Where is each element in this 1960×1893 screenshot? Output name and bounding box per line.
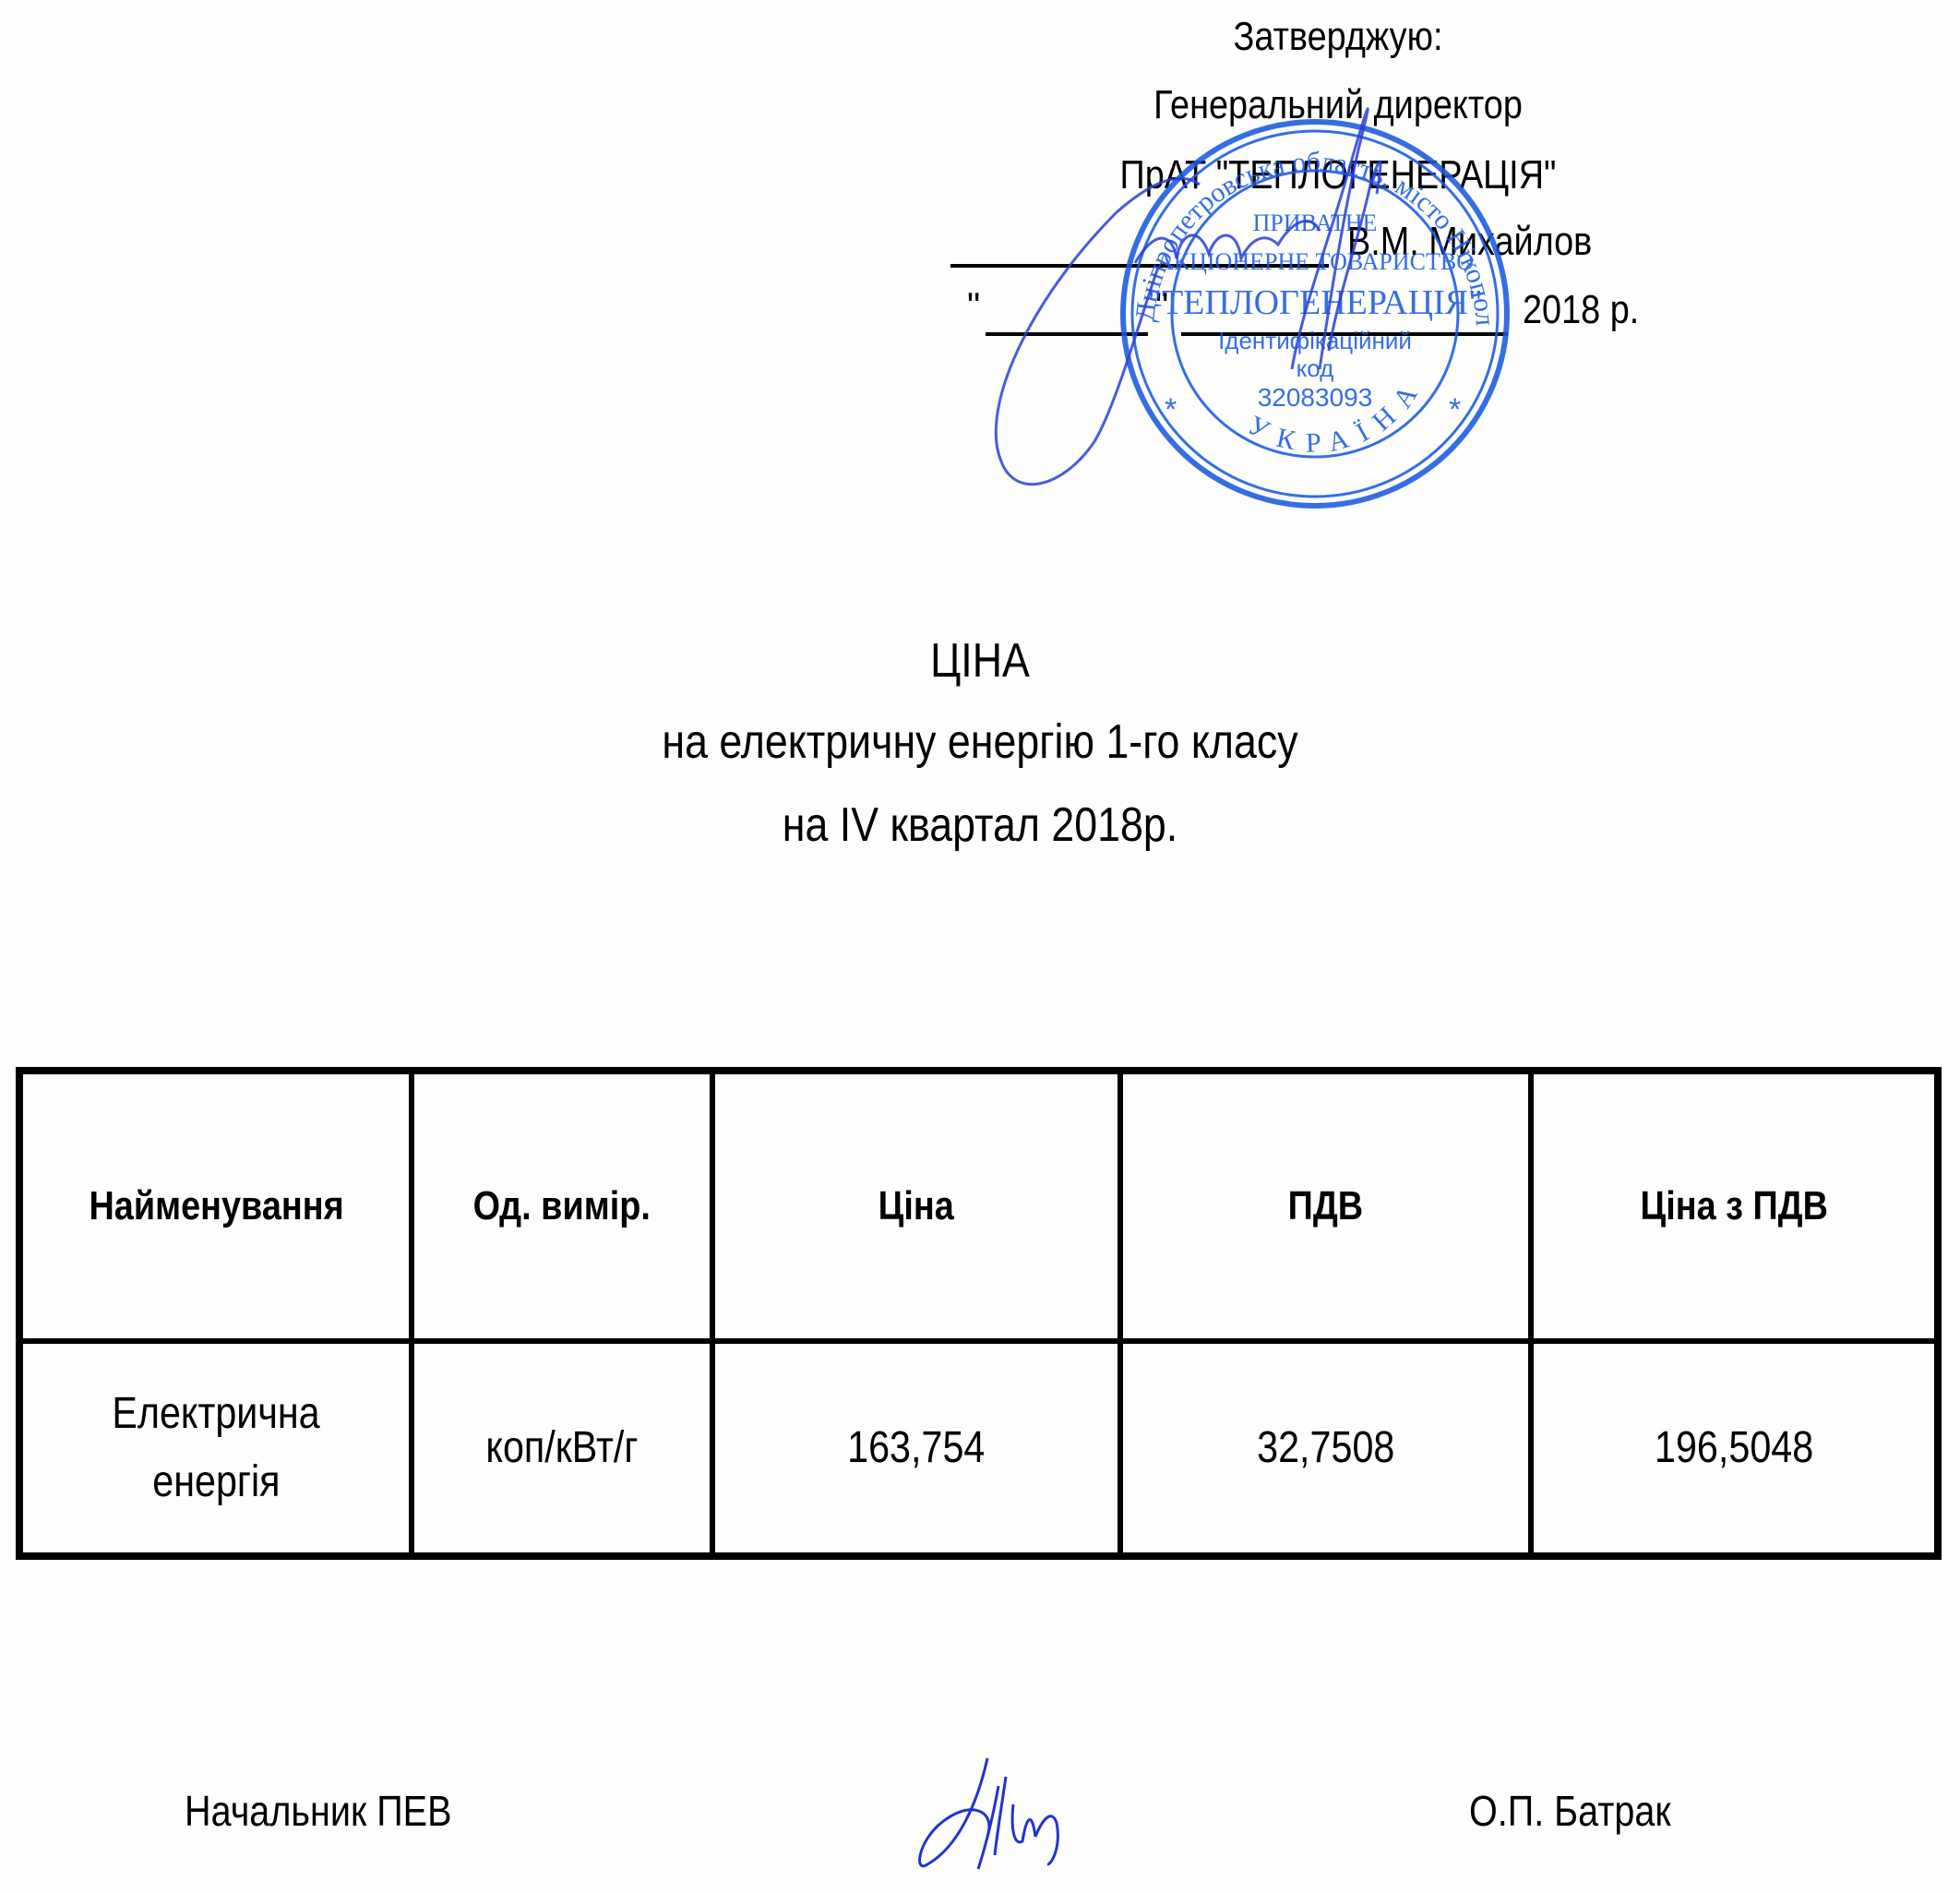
- price-table: Найменування Од. вимір. Ціна ПДВ Ціна з …: [16, 1067, 1942, 1560]
- header-vat: ПДВ: [1120, 1071, 1531, 1341]
- stamp-line5: код: [1297, 354, 1334, 382]
- cell-price: 163,754: [712, 1341, 1120, 1556]
- cell-name: Електрична енергія: [19, 1341, 412, 1556]
- footer-role: Начальник ПЕВ: [185, 1786, 496, 1836]
- date-open-quote: ": [967, 286, 980, 328]
- table-header-row: Найменування Од. вимір. Ціна ПДВ Ціна з …: [19, 1071, 1938, 1341]
- cell-vat: 32,7508: [1120, 1341, 1531, 1556]
- title-line3: на IV квартал 2018р.: [137, 801, 1823, 849]
- header-unit: Од. вимір.: [412, 1071, 712, 1341]
- date-day-line: [986, 332, 1148, 336]
- stamp-line4: Ідентифікаційний: [1218, 327, 1412, 354]
- cell-unit: коп/кВт/г: [412, 1341, 712, 1556]
- approval-role: Генеральний директор: [981, 85, 1695, 126]
- star-icon: *: [1165, 392, 1177, 427]
- approval-signatory: В.М. Михайлов: [1347, 222, 1592, 262]
- chief-signature: [0, 0, 1960, 1893]
- title-line1: ЦІНА: [137, 637, 1823, 685]
- cell-price-with-vat: 196,5048: [1531, 1341, 1938, 1556]
- header-price: Ціна: [712, 1071, 1120, 1341]
- stamp-line3: "ТЕПЛОГЕНЕРАЦІЯ": [1147, 283, 1482, 322]
- approval-date-year: 2018 р.: [1523, 290, 1639, 330]
- date-month-line: [1181, 332, 1508, 336]
- stamp-seal: Дніпропетровська область, місто Нікополь…: [0, 0, 1960, 554]
- signature-line: [950, 264, 1329, 268]
- header-name: Найменування: [19, 1071, 412, 1341]
- title-line2: на електричну енергію 1-го класу: [137, 718, 1823, 766]
- table-row: Електрична енергія коп/кВт/г 163,754 32,…: [19, 1341, 1938, 1556]
- footer-name: О.П. Батрак: [1469, 1786, 1703, 1836]
- stamp-bottom-text: УКРАЇНА: [1243, 369, 1430, 459]
- approval-heading: Затверджую:: [981, 17, 1695, 57]
- svg-text:УКРАЇНА: УКРАЇНА: [1243, 369, 1430, 459]
- stamp-code: 32083093: [1258, 383, 1373, 412]
- star-icon: *: [1449, 392, 1461, 427]
- header-price-with-vat: Ціна з ПДВ: [1531, 1071, 1938, 1341]
- date-close-quote: ": [1155, 286, 1168, 328]
- approval-company: ПрАТ "ТЕПЛОГЕНЕРАЦІЯ": [981, 155, 1695, 196]
